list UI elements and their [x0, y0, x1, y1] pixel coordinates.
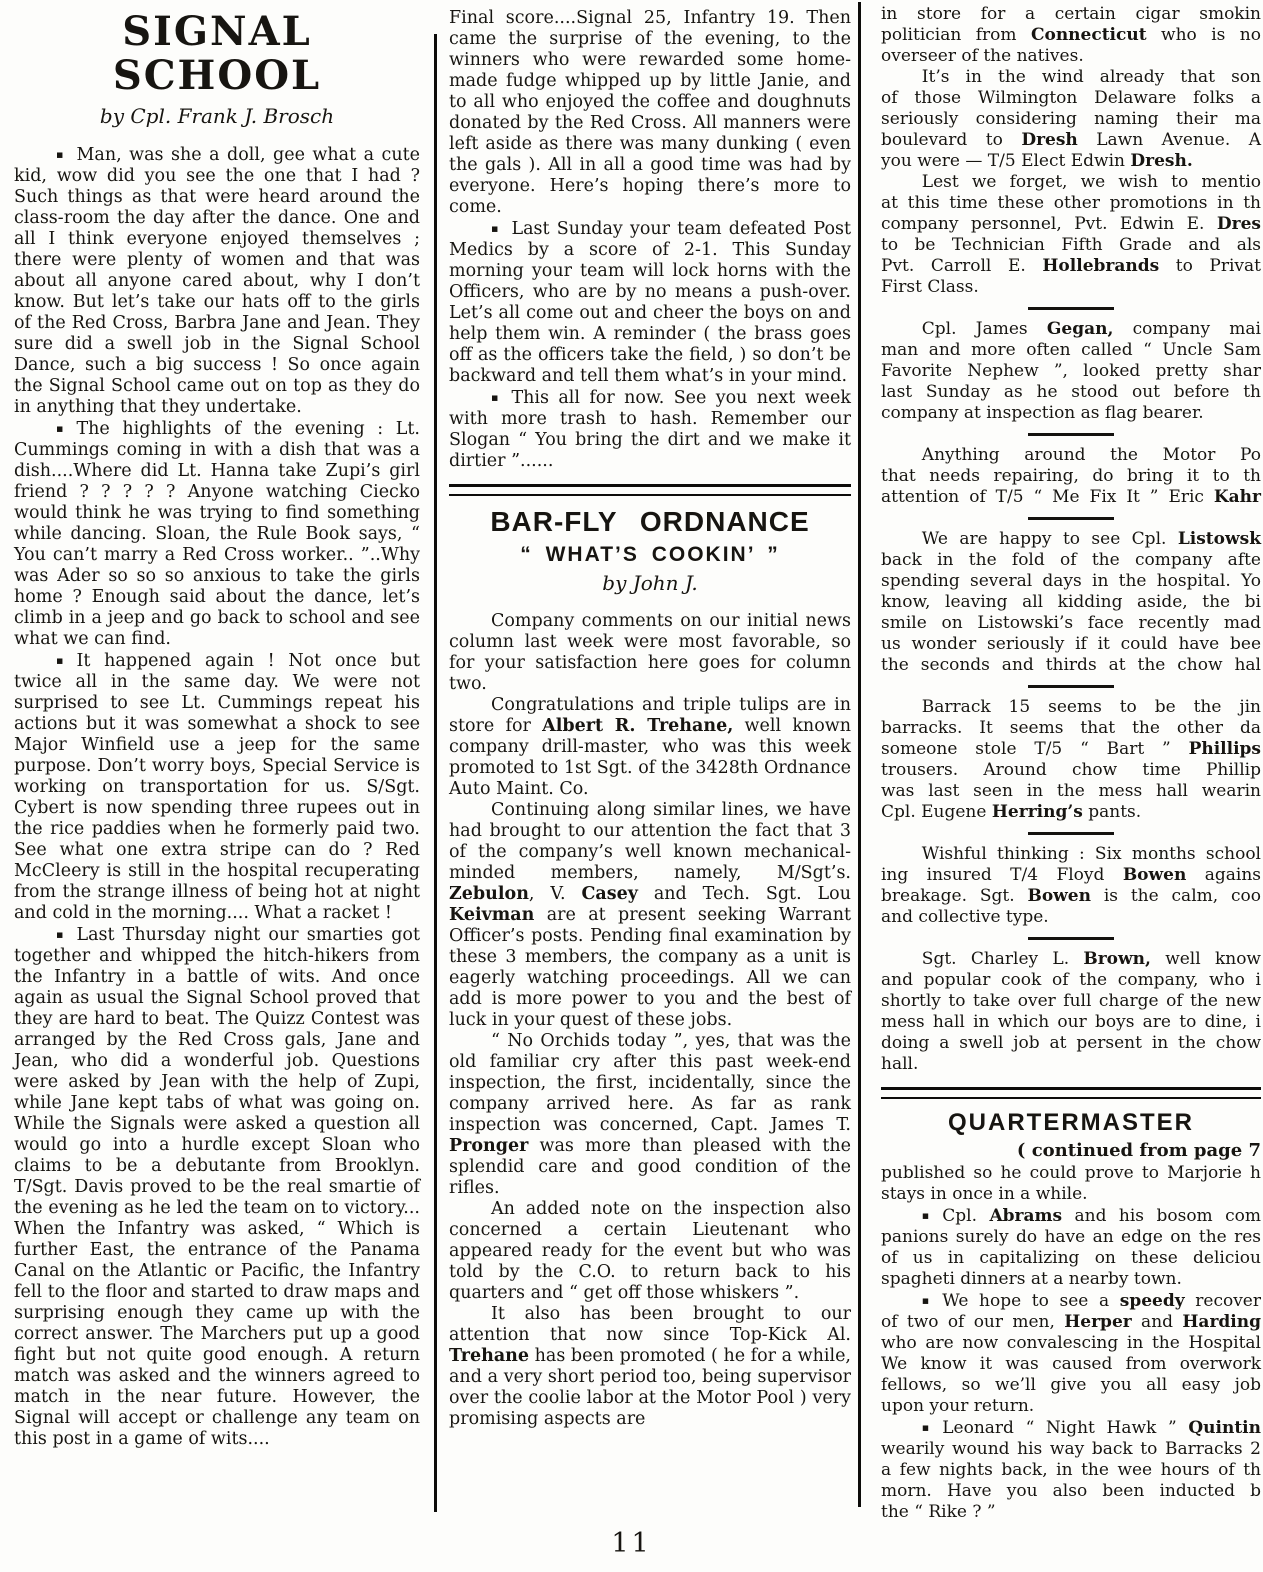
text-run: Lawn Avenue. A [1078, 130, 1261, 150]
text-run: Man, was she a doll, gee what a cute kid… [14, 145, 420, 417]
text-line: We know it was caused from overwork [881, 1354, 1261, 1375]
text-run: We know it was caused from overwork [881, 1354, 1261, 1374]
text-run: Lest we forget, we wish to mentio [922, 172, 1261, 192]
text-run: well know [1151, 949, 1261, 969]
paragraph: ▪Cpl. Abrams and his bosom companions su… [881, 1205, 1261, 1290]
paragraph: Final score....Signal 25, Infantry 19. T… [449, 8, 851, 218]
bold-name: speedy [1120, 1291, 1185, 1311]
text-line: Pvt. Carroll E. Hollebrands to Privat [881, 256, 1261, 277]
text-run: First Class. [881, 277, 979, 297]
text-run: This all for now. See you next week with… [449, 388, 851, 471]
text-line: hall. [881, 1054, 1261, 1075]
article-title: SIGNAL SCHOOL [14, 10, 420, 98]
text-line: Favorite Nephew ”, looked pretty shar [881, 361, 1261, 382]
text-run: and [1132, 1312, 1183, 1332]
text-run: We are happy to see Cpl. [922, 529, 1178, 549]
text-line: doing a swell job at persent in the chow [881, 1033, 1261, 1054]
paragraph: We are happy to see Cpl. Listowskback in… [881, 529, 1261, 676]
column-divider-rule [434, 34, 437, 1512]
text-run: smile on Listowski’s face recently mad [881, 613, 1261, 633]
text-run: published so he could prove to Marjorie … [881, 1163, 1261, 1183]
text-run: is the calm, coo [1091, 886, 1261, 906]
bold-name: Harding [1182, 1312, 1261, 1332]
bold-name: Casey [581, 884, 637, 904]
text-line: breakage. Sgt. Bowen is the calm, coo [881, 886, 1261, 907]
text-line: to be Technician Fifth Grade and als [881, 235, 1261, 256]
bold-name: Dres [1217, 214, 1261, 234]
square-bullet: ▪ [56, 418, 63, 439]
bold-name: Trehane [449, 1346, 529, 1366]
text-run: Pvt. Carroll E. [881, 256, 1042, 276]
text-line: company at inspection as flag bearer. [881, 403, 1261, 424]
text-line: seriously considering naming their ma [881, 109, 1261, 130]
text-run: someone stole T/5 “ Bart ” [881, 739, 1189, 759]
text-line: and collective type. [881, 907, 1261, 928]
text-run: of two of our men, [881, 1312, 1064, 1332]
text-line: Anything around the Motor Po [881, 445, 1261, 466]
text-run: trousers. Around chow time Phillip [881, 760, 1261, 780]
text-run: to be Technician Fifth Grade and als [881, 235, 1261, 255]
text-line: know, leaving all kidding aside, the bi [881, 592, 1261, 613]
text-run: doing a swell job at persent in the chow [881, 1033, 1261, 1053]
column-right: in store for a certain cigar smokinpolit… [881, 4, 1261, 1523]
text-run: that needs repairing, do bring it to th [881, 466, 1261, 486]
text-line: you were — T/5 Elect Edwin Dresh. [881, 151, 1261, 172]
paragraph: ▪Leonard “ Night Hawk ” Quintinwearily w… [881, 1417, 1261, 1523]
column-signal-school: SIGNAL SCHOOL by Cpl. Frank J. Brosch ▪M… [14, 10, 420, 1450]
continued-from-note: ( continued from page 7 [881, 1140, 1261, 1161]
separator-rule [1028, 307, 1114, 310]
section-double-rule [449, 484, 851, 496]
bold-name: Kahr [1214, 487, 1261, 507]
text-run: attention of T/5 “ Me Fix It ” Eric [881, 487, 1214, 507]
text-run: back in the fold of the company afte [881, 550, 1261, 570]
text-line: morn. Have you also been inducted b [881, 1481, 1261, 1502]
text-run: and his bosom com [1062, 1206, 1261, 1226]
bold-name: Herring’s [992, 802, 1083, 822]
text-run: company at inspection as flag bearer. [881, 403, 1204, 423]
section-double-rule [881, 1087, 1261, 1099]
text-run: company mai [1113, 319, 1261, 339]
text-run: Favorite Nephew ”, looked pretty shar [881, 361, 1261, 381]
text-run: pants. [1083, 802, 1141, 822]
text-run: Continuing along similar lines, we have … [449, 800, 851, 883]
text-run: and popular cook of the company, who i [881, 970, 1261, 990]
section-title-barfly-ordnance: BAR-FLY ORDNANCE [449, 506, 851, 538]
text-line: us wonder seriously if it could have bee [881, 634, 1261, 655]
text-line: trousers. Around chow time Phillip [881, 760, 1261, 781]
paragraph: Wishful thinking : Six months schooling … [881, 844, 1261, 928]
text-run: barracks. It seems that the other da [881, 718, 1261, 738]
signal-school-continued-body: Final score....Signal 25, Infantry 19. T… [449, 8, 851, 472]
separator-rule [1028, 832, 1114, 835]
text-line: of those Wilmington Delaware folks a [881, 88, 1261, 109]
text-line: Barrack 15 seems to be the jin [881, 697, 1261, 718]
text-run: us wonder seriously if it could have bee [881, 634, 1261, 654]
text-line: Lest we forget, we wish to mentio [881, 172, 1261, 193]
text-line: at this time these other promotions in t… [881, 193, 1261, 214]
text-run: spending several days in the hospital. Y… [881, 571, 1261, 591]
paragraph: ▪Last Thursday night our smarties got to… [14, 924, 420, 1450]
text-line: Wishful thinking : Six months school [881, 844, 1261, 865]
signal-school-body: ▪Man, was she a doll, gee what a cute ki… [14, 144, 420, 1450]
text-run: overseer of the natives. [881, 46, 1084, 66]
separator-rule [1028, 685, 1114, 688]
text-run: stays in once in a while. [881, 1184, 1088, 1204]
text-run: Last Sunday your team defeated Post Medi… [449, 219, 851, 386]
bold-name: Dresh. [1130, 151, 1192, 171]
paragraph: Lest we forget, we wish to mentioat this… [881, 172, 1261, 298]
text-run: , V. [529, 884, 582, 904]
text-run: who are now convalescing in the Hospital [881, 1333, 1261, 1353]
paragraph: It also has been brought to our attentio… [449, 1304, 851, 1430]
bold-name: Hollebrands [1042, 256, 1159, 276]
text-line: shortly to take over full charge of the … [881, 991, 1261, 1012]
bold-name: Brown, [1083, 949, 1151, 969]
bold-name: Gegan, [1047, 319, 1114, 339]
square-bullet: ▪ [56, 650, 63, 671]
text-run: the seconds and thirds at the chow hal [881, 655, 1261, 675]
text-run: to Privat [1159, 256, 1261, 276]
text-line: panions surely do have an edge on the re… [881, 1227, 1261, 1248]
text-line: spending several days in the hospital. Y… [881, 571, 1261, 592]
paragraph: Cpl. James Gegan, company maiman and mor… [881, 319, 1261, 424]
page-number: 11 [0, 1528, 1263, 1559]
text-line: published so he could prove to Marjorie … [881, 1163, 1261, 1184]
text-run: hall. [881, 1054, 918, 1074]
text-run: shortly to take over full charge of the … [881, 991, 1261, 1011]
paragraph: in store for a certain cigar smokinpolit… [881, 4, 1261, 67]
text-line: of us in capitalizing on these deliciou [881, 1248, 1261, 1269]
text-line: Cpl. Eugene Herring’s pants. [881, 802, 1261, 823]
text-run: a few nights back, in the wee hours of t… [881, 1460, 1261, 1480]
text-line: was last seen in the mess hall wearin [881, 781, 1261, 802]
separator-rule [1028, 937, 1114, 940]
square-bullet: ▪ [56, 144, 63, 165]
text-line: overseer of the natives. [881, 46, 1261, 67]
square-bullet: ▪ [491, 218, 498, 239]
text-line: spagheti dinners at a nearby town. [881, 1269, 1261, 1290]
paragraph: published so he could prove to Marjorie … [881, 1163, 1261, 1205]
text-run: Anything around the Motor Po [922, 445, 1261, 465]
text-line: of two of our men, Herper and Harding [881, 1312, 1261, 1333]
text-run: Cpl. [942, 1206, 989, 1226]
text-run: recover [1185, 1291, 1261, 1311]
bold-name: Bowen [1027, 886, 1091, 906]
paragraph: Barrack 15 seems to be the jinbarracks. … [881, 697, 1261, 823]
right-column-body: in store for a certain cigar smokinpolit… [881, 4, 1261, 1075]
column-middle: Final score....Signal 25, Infantry 19. T… [449, 8, 851, 1430]
text-run: know, leaving all kidding aside, the bi [881, 592, 1261, 612]
text-run: breakage. Sgt. [881, 886, 1027, 906]
text-line: ▪We hope to see a speedy recover [881, 1290, 1261, 1312]
text-line: someone stole T/5 “ Bart ” Phillips [881, 739, 1261, 760]
text-line: company personnel, Pvt. Edwin E. Dres [881, 214, 1261, 235]
paragraph: Congratulations and triple tulips are in… [449, 695, 851, 800]
text-run: It happened again ! Not once but twice a… [14, 651, 420, 923]
text-run: spagheti dinners at a nearby town. [881, 1269, 1182, 1289]
separator-rule [1028, 433, 1114, 436]
text-run: Final score....Signal 25, Infantry 19. T… [449, 8, 851, 217]
column-divider-rule [858, 2, 861, 1507]
text-line: upon your return. [881, 1396, 1261, 1417]
text-run: Company comments on our initial news col… [449, 611, 851, 694]
text-run: and collective type. [881, 907, 1049, 927]
square-bullet: ▪ [922, 1290, 929, 1311]
text-line: Sgt. Charley L. Brown, well know [881, 949, 1261, 970]
text-run: “ No Orchids today ”, yes, that was the … [449, 1031, 851, 1135]
paragraph: An added note on the inspection also con… [449, 1199, 851, 1304]
text-run: Barrack 15 seems to be the jin [922, 697, 1261, 717]
text-run: was last seen in the mess hall wearin [881, 781, 1261, 801]
text-run: agains [1186, 865, 1261, 885]
text-run: wearily wound his way back to Barracks 2 [881, 1439, 1261, 1459]
text-line: last Sunday as he stood out before th [881, 382, 1261, 403]
paragraph: ▪This all for now. See you next week wit… [449, 387, 851, 472]
text-line: First Class. [881, 277, 1261, 298]
bold-name: Bowen [1123, 865, 1187, 885]
text-run: fellows, so we’ll give you all easy job [881, 1375, 1261, 1395]
square-bullet: ▪ [922, 1417, 929, 1438]
bold-name: Zebulon [449, 884, 529, 904]
text-run: ing insured T/4 Floyd [881, 865, 1123, 885]
text-run: Cpl. Eugene [881, 802, 992, 822]
square-bullet: ▪ [491, 387, 498, 408]
text-run: in store for a certain cigar smokin [881, 4, 1261, 24]
text-line: stays in once in a while. [881, 1184, 1261, 1205]
text-run: of us in capitalizing on these deliciou [881, 1248, 1261, 1268]
bold-name: Abrams [989, 1206, 1062, 1226]
text-line: and popular cook of the company, who i [881, 970, 1261, 991]
text-line: barracks. It seems that the other da [881, 718, 1261, 739]
bold-name: Quintin [1188, 1418, 1261, 1438]
text-run: politician from [881, 25, 1031, 45]
paragraph: Continuing along similar lines, we have … [449, 800, 851, 1031]
text-line: boulevard to Dresh Lawn Avenue. A [881, 130, 1261, 151]
text-run: you were — T/5 Elect Edwin [881, 151, 1130, 171]
text-run: the “ Rike ? ” [881, 1502, 996, 1522]
text-line: ing insured T/4 Floyd Bowen agains [881, 865, 1261, 886]
paragraph: It’s in the wind already that sonof thos… [881, 67, 1261, 172]
text-run: Sgt. Charley L. [922, 949, 1084, 969]
separator-rule [1028, 517, 1114, 520]
text-line: ▪Leonard “ Night Hawk ” Quintin [881, 1417, 1261, 1439]
text-run: morn. Have you also been inducted b [881, 1481, 1261, 1501]
text-run: last Sunday as he stood out before th [881, 382, 1261, 402]
paragraph: ▪Last Sunday your team defeated Post Med… [449, 218, 851, 387]
text-run: An added note on the inspection also con… [449, 1199, 851, 1303]
bold-name: Listowsk [1178, 529, 1261, 549]
section-title-quartermaster: QUARTERMASTER [881, 1109, 1261, 1137]
paragraph: ▪It happened again ! Not once but twice … [14, 650, 420, 924]
text-line: a few nights back, in the wee hours of t… [881, 1460, 1261, 1481]
text-line: It’s in the wind already that son [881, 67, 1261, 88]
text-line: politician from Connecticut who is no [881, 25, 1261, 46]
bold-name: Keivman [449, 905, 534, 925]
text-line: that needs repairing, do bring it to th [881, 466, 1261, 487]
barfly-ordnance-body: Company comments on our initial news col… [449, 611, 851, 1430]
square-bullet: ▪ [922, 1205, 929, 1226]
text-run: seriously considering naming their ma [881, 109, 1261, 129]
text-run: and Tech. Sgt. Lou [638, 884, 851, 904]
paragraph: Company comments on our initial news col… [449, 611, 851, 695]
bold-name: Herper [1064, 1312, 1132, 1332]
text-run: mess hall in which our boys are to dine,… [881, 1012, 1261, 1032]
quartermaster-body: published so he could prove to Marjorie … [881, 1163, 1261, 1523]
square-bullet: ▪ [56, 924, 63, 945]
text-run: Wishful thinking : Six months school [922, 844, 1261, 864]
text-line: ▪Cpl. Abrams and his bosom com [881, 1205, 1261, 1227]
bold-name: Albert R. Trehane, [542, 716, 733, 736]
text-run: man and more often called “ Uncle Sam [881, 340, 1261, 360]
text-run: at this time these other promotions in t… [881, 193, 1261, 213]
text-line: We are happy to see Cpl. Listowsk [881, 529, 1261, 550]
text-line: man and more often called “ Uncle Sam [881, 340, 1261, 361]
paragraph: Sgt. Charley L. Brown, well knowand popu… [881, 949, 1261, 1075]
text-line: fellows, so we’ll give you all easy job [881, 1375, 1261, 1396]
paragraph: ▪We hope to see a speedy recoverof two o… [881, 1290, 1261, 1417]
text-run: Leonard “ Night Hawk ” [942, 1418, 1188, 1438]
text-run: company personnel, Pvt. Edwin E. [881, 214, 1217, 234]
text-line: Cpl. James Gegan, company mai [881, 319, 1261, 340]
text-run: We hope to see a [942, 1291, 1120, 1311]
text-run: Cpl. James [922, 319, 1047, 339]
text-line: the seconds and thirds at the chow hal [881, 655, 1261, 676]
text-run: boulevard to [881, 130, 1021, 150]
text-line: back in the fold of the company afte [881, 550, 1261, 571]
text-line: smile on Listowski’s face recently mad [881, 613, 1261, 634]
text-line: mess hall in which our boys are to dine,… [881, 1012, 1261, 1033]
text-line: attention of T/5 “ Me Fix It ” Eric Kahr [881, 487, 1261, 508]
text-line: who are now convalescing in the Hospital [881, 1333, 1261, 1354]
text-run: Last Thursday night our smarties got tog… [14, 925, 420, 1449]
text-run: of those Wilmington Delaware folks a [881, 88, 1261, 108]
text-run: It’s in the wind already that son [922, 67, 1261, 87]
text-line: wearily wound his way back to Barracks 2 [881, 1439, 1261, 1460]
section-byline: by John J. [449, 571, 851, 595]
bold-name: Dresh [1021, 130, 1077, 150]
bold-name: Phillips [1189, 739, 1261, 759]
text-line: in store for a certain cigar smokin [881, 4, 1261, 25]
newspaper-page: SIGNAL SCHOOL by Cpl. Frank J. Brosch ▪M… [0, 0, 1263, 1572]
text-run: upon your return. [881, 1396, 1034, 1416]
bold-name: Pronger [449, 1136, 528, 1156]
paragraph: ▪The highlights of the evening : Lt. Cum… [14, 418, 420, 650]
article-byline: by Cpl. Frank J. Brosch [14, 104, 420, 128]
paragraph: “ No Orchids today ”, yes, that was the … [449, 1031, 851, 1199]
paragraph: Anything around the Motor Pothat needs r… [881, 445, 1261, 508]
text-run: The highlights of the evening : Lt. Cumm… [14, 419, 420, 649]
bold-name: Connecticut [1031, 25, 1147, 45]
text-run: panions surely do have an edge on the re… [881, 1227, 1261, 1247]
section-subtitle-whats-cookin: “ WHAT’S COOKIN’ ” [449, 543, 851, 567]
text-run: who is no [1147, 25, 1261, 45]
text-line: the “ Rike ? ” [881, 1502, 1261, 1523]
text-run: It also has been brought to our attentio… [449, 1304, 851, 1345]
paragraph: ▪Man, was she a doll, gee what a cute ki… [14, 144, 420, 418]
